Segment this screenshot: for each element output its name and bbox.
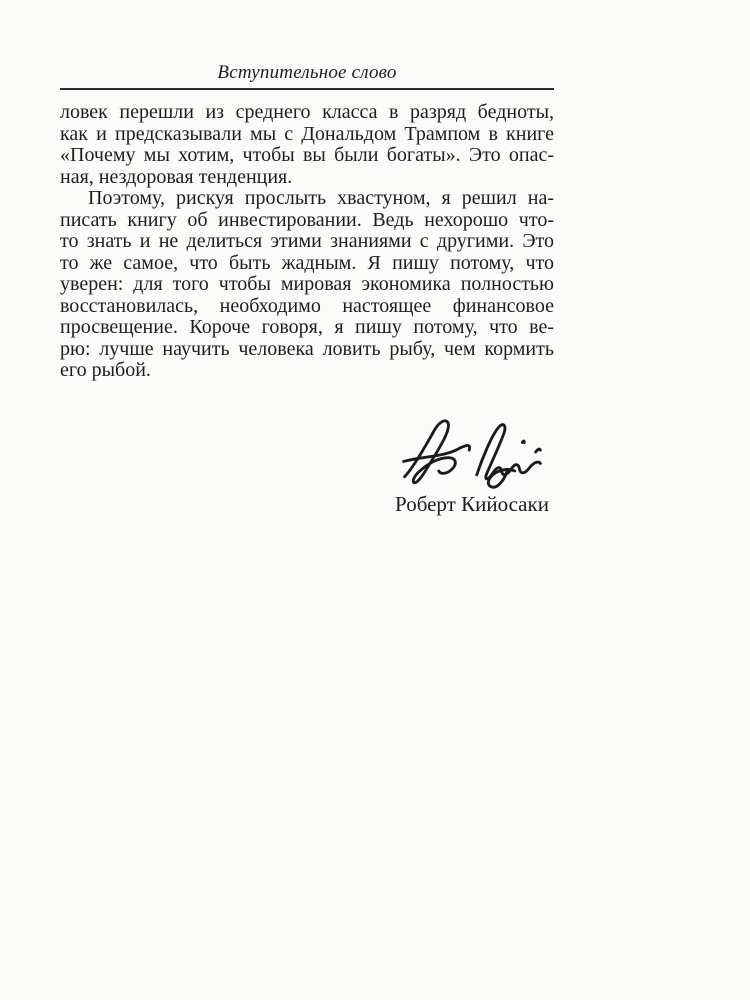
text-line: писать книгу об инвестировании. Ведь нех…: [60, 210, 554, 232]
text-line: ловек перешли из среднего класса в разря…: [60, 102, 554, 124]
text-line: рю: лучше научить человека ловить рыбу, …: [60, 339, 554, 361]
text-line: то же самое, что быть жадным. Я пишу пот…: [60, 253, 554, 275]
header-rule: [60, 88, 554, 90]
text-line: то знать и не делиться этими знаниями с …: [60, 231, 554, 253]
text-line: «Почему мы хотим, чтобы вы были богаты».…: [60, 145, 554, 167]
text-line: просвещение. Короче говоря, я пишу потом…: [60, 317, 554, 339]
text-column: Вступительное слово ловек перешли из сре…: [60, 62, 554, 515]
author-name: Роберт Кийосаки: [390, 493, 554, 515]
body-text: ловек перешли из среднего класса в разря…: [60, 102, 554, 382]
signature-icon: [397, 414, 547, 490]
text-line: как и предсказывали мы с Дональдом Трамп…: [60, 124, 554, 146]
signature-block: Роберт Кийосаки: [390, 414, 554, 515]
book-page: Вступительное слово ловек перешли из сре…: [0, 0, 750, 1000]
text-line: ная, нездоровая тенденция.: [60, 167, 554, 189]
running-header: Вступительное слово: [60, 62, 554, 90]
text-line: восстановилась, необходимо настоящее фин…: [60, 296, 554, 318]
running-header-title: Вступительное слово: [60, 62, 554, 84]
text-line: уверен: для того чтобы мировая экономика…: [60, 274, 554, 296]
text-line: Поэтому, рискуя прослыть хвастуном, я ре…: [60, 188, 554, 210]
text-line: его рыбой.: [60, 360, 554, 382]
